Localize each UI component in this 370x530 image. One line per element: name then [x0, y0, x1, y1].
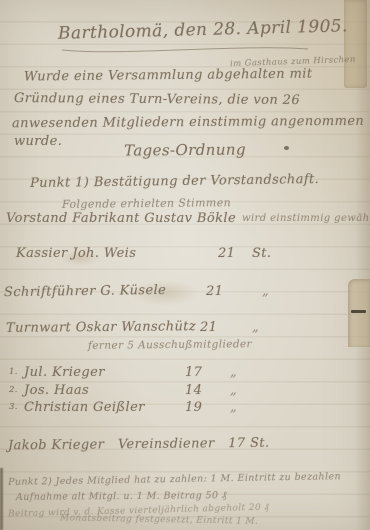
- vote-count: 14: [185, 383, 202, 398]
- punkt2-line: Aufnahme alt Mitgl. u. 1 M. Beitrag 50 ₰: [16, 490, 227, 503]
- flourish-underline: [60, 44, 310, 56]
- member-name: Christian Geißler: [24, 400, 145, 415]
- vote-unit: „: [230, 383, 237, 398]
- vorstand-label: Vorstand Fabrikant Gustav Bökle: [6, 211, 236, 226]
- intro-line: Wurde eine Versammlung abgehalten mit: [24, 66, 313, 84]
- vote-count: 21: [206, 284, 223, 299]
- servant-line: Jakob Krieger Vereinsdiener 17 St.: [8, 436, 270, 454]
- member-name: Jul. Krieger: [24, 365, 105, 380]
- vote-unit: „: [262, 284, 269, 299]
- vote-unit: St.: [252, 246, 271, 261]
- punkt2-line: Punkt 2) Jedes Mitglied hat zu zahlen: 1…: [8, 471, 341, 488]
- committee-note: ferner 5 Ausschußmitglieder: [88, 338, 252, 352]
- row-number: 1.: [9, 367, 18, 377]
- officer-label: Turnwart Oskar Wanschütz: [6, 319, 196, 336]
- page-edge-dark-sliver: [0, 468, 3, 530]
- vote-unit: „: [230, 400, 237, 415]
- member-name: Jos. Haas: [24, 383, 89, 398]
- page-edge-strip: [344, 0, 367, 88]
- vote-count: 21: [200, 320, 217, 335]
- vote-count: 21: [218, 246, 235, 261]
- vote-unit: „: [230, 365, 237, 380]
- officer-row: Schriftführer G. Küsele 21 „: [0, 284, 370, 304]
- officer-label: Schriftführer G. Küsele: [4, 283, 166, 300]
- agenda-heading: Tages-Ordnung: [0, 139, 370, 160]
- officer-row: Turnwart Oskar Wanschütz 21 „: [0, 320, 370, 340]
- vorstand-result: wird einstimmig gewählt: [242, 213, 370, 224]
- vote-unit: „: [252, 320, 259, 335]
- committee-row: 3. Christian Geißler 19 „: [0, 400, 370, 420]
- punkt1-subline: Folgende erhielten Stimmen: [62, 196, 231, 211]
- punkt2-line: Monatsbeitrag festgesetzt, Eintritt 1 M.: [60, 513, 258, 526]
- committee-row: 1. Jul. Krieger 17 „: [0, 365, 370, 385]
- intro-line: Gründung eines Turn-Vereins, die von 26: [14, 91, 300, 108]
- item-punkt1: Punkt 1) Bestätigung der Vorstandschaft.: [30, 172, 319, 191]
- dateline: Bartholomä, den 28. April 1905.: [58, 16, 348, 44]
- officer-label: Kassier Joh. Weis: [16, 246, 136, 261]
- vote-count: 17: [185, 365, 202, 380]
- document-page: Bartholomä, den 28. April 1905. im Gasth…: [0, 0, 370, 530]
- vorstand-line: Vorstand Fabrikant Gustav Bökle wird ein…: [0, 211, 370, 231]
- row-number: 2.: [9, 385, 18, 395]
- officer-row: Kassier Joh. Weis 21 St.: [0, 246, 370, 266]
- tab-mark: [351, 310, 366, 313]
- intro-line: anwesenden Mitgliedern einstimmig angeno…: [12, 114, 364, 131]
- vote-count: 19: [185, 400, 202, 415]
- row-number: 3.: [9, 402, 18, 412]
